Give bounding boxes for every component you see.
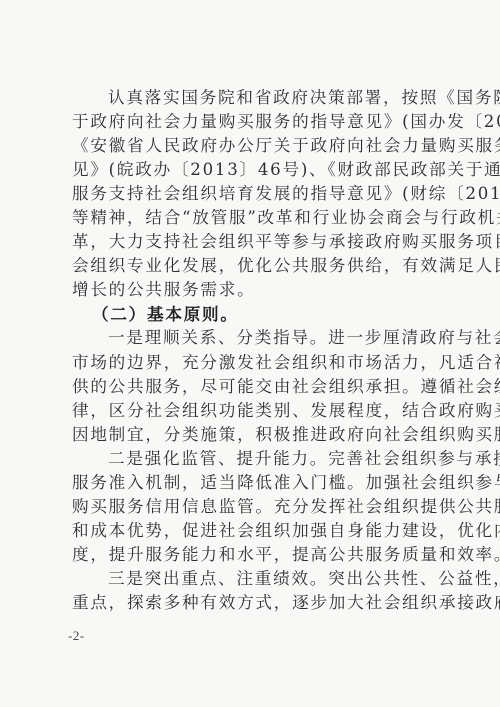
paragraph-line: 等精神，结合“放管服”改革和行业协会商会与行政机关脱钩改 [72,206,442,230]
paragraph-line: 市场的边界，充分激发社会组织和市场活力，凡适合社会组织提 [72,351,442,375]
paragraph-line: 革，大力支持社会组织平等参与承接政府购买服务项目，引导社 [72,230,442,254]
paragraph-line: 购买服务信用信息监管。充分发挥社会组织提供公共服务的专业 [72,495,442,519]
document-page: 认真落实国务院和省政府决策部署，按照《国务院办公厅关 于政府向社会力量购买服务的… [0,0,500,707]
paragraph-line: 和成本优势，促进社会组织加强自身能力建设，优化内部管理制 [72,519,442,543]
paragraph-line: 《安徽省人民政府办公厅关于政府向社会力量购买服务的实施意 [72,134,442,158]
paragraph-line: 律，区分社会组织功能类别、发展程度，结合政府购买服务需求， [72,399,442,423]
page-number: -2- [68,628,85,644]
paragraph-line: 三是突出重点、注重绩效。突出公共性、公益性，明确支持 [72,567,442,591]
paragraph-line: 因地制宜，分类施策，积极推进政府向社会组织购买服务。 [72,423,442,447]
paragraph-line: 供的公共服务，尽可能交由社会组织承担。遵循社会组织发展规 [72,375,442,399]
paragraph-line: 二是强化监管、提升能力。完善社会组织参与承接政府购买 [72,447,442,471]
body-text: 认真落实国务院和省政府决策部署，按照《国务院办公厅关 于政府向社会力量购买服务的… [72,86,442,615]
paragraph-line: 服务支持社会组织培育发展的指导意见》(财综〔2016〕54号) [72,182,442,206]
paragraph-line: 增长的公共服务需求。 [72,278,442,302]
paragraph-line: 度，提升服务能力和水平，提高公共服务质量和效率。 [72,543,442,567]
paragraph-line: 于政府向社会力量购买服务的指导意见》(国办发〔2013〕96号)、 [72,110,442,134]
paragraph-line: 认真落实国务院和省政府决策部署，按照《国务院办公厅关 [72,86,442,110]
paragraph-line: 会组织专业化发展，优化公共服务供给，有效满足人民群众日益 [72,254,442,278]
paragraph-line: 一是理顺关系、分类指导。进一步厘清政府与社会、政府与 [72,326,442,350]
paragraph-line: 服务准入机制，适当降低准入门槛。加强社会组织参与承接政府 [72,471,442,495]
paragraph-line: 见》(皖政办〔2013〕46号)、《财政部民政部关于通过政府购买 [72,158,442,182]
paragraph-line: 重点，探索多种有效方式，逐步加大社会组织承接政府购买服务 [72,591,442,615]
section-heading: （二）基本原则。 [72,302,442,326]
